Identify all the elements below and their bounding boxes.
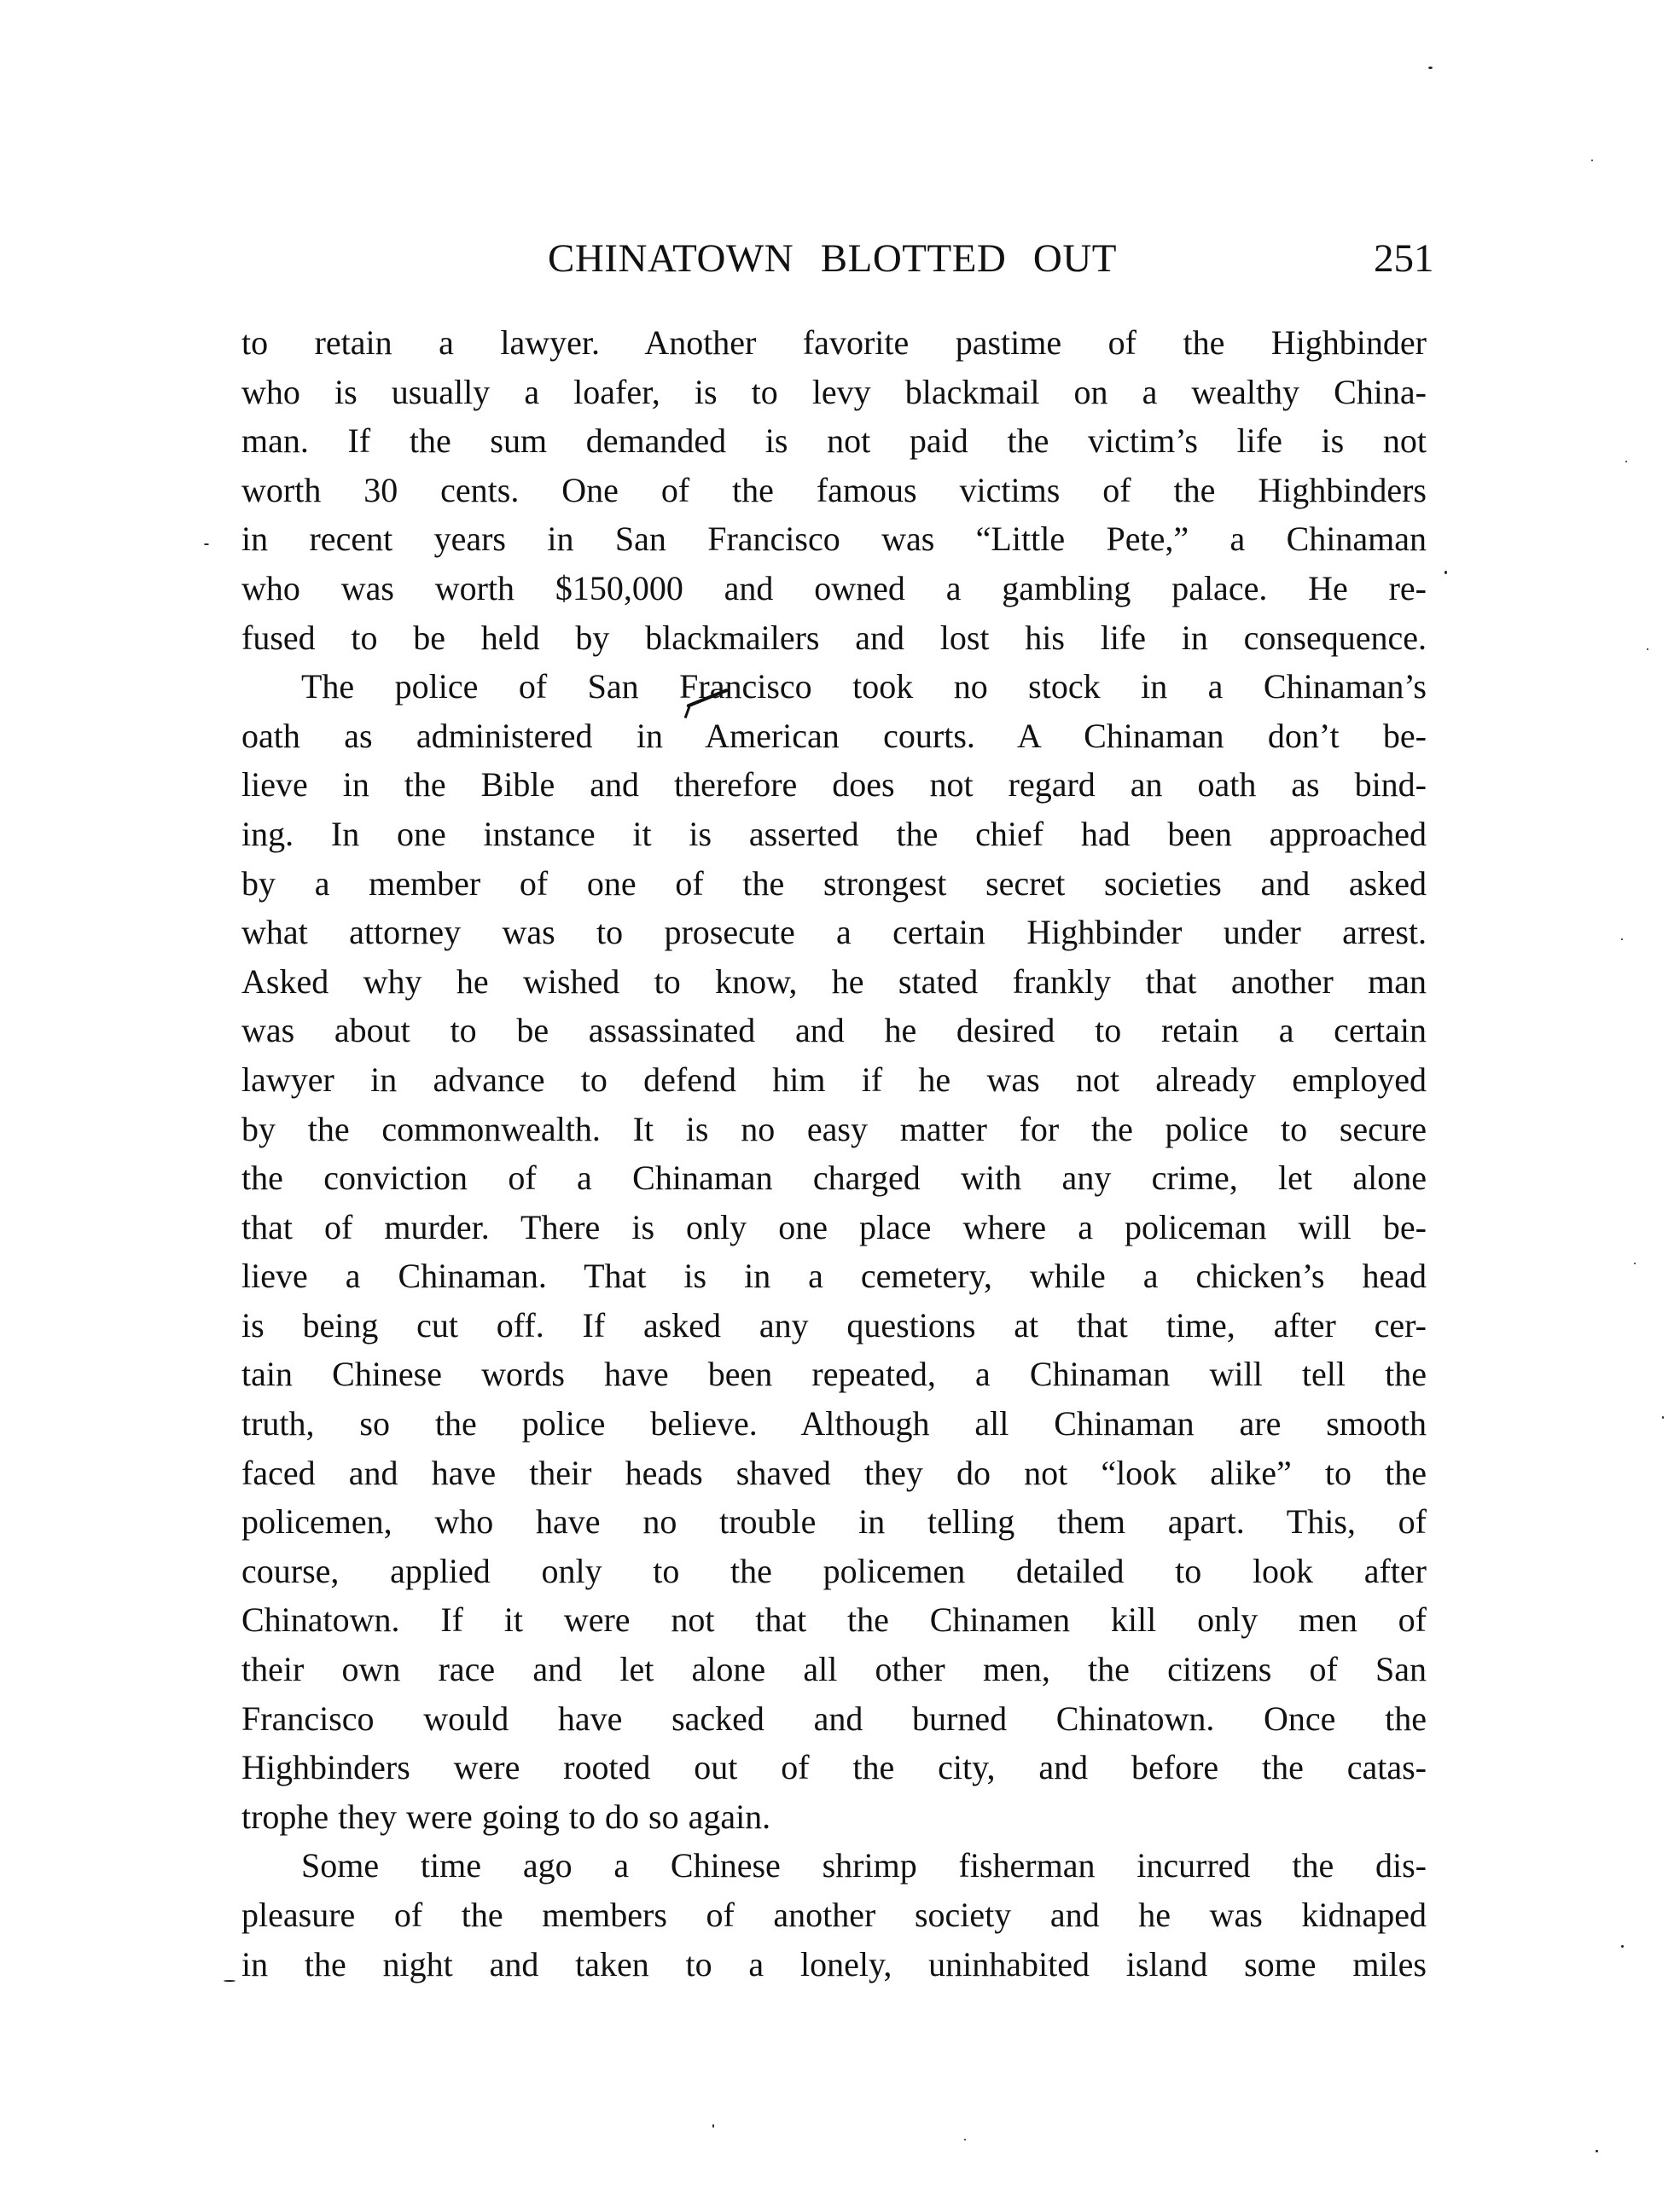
text-line: Francisco would have sacked and burned C… [241, 1694, 1427, 1744]
scan-speck [1634, 1263, 1636, 1264]
text-line: who was worth $150,000 and owned a gambl… [241, 564, 1427, 613]
scan-speck [1591, 160, 1593, 161]
paragraph-start-line: The police of San Francisco took no stoc… [241, 662, 1427, 711]
text-line: man. If the sum demanded is not paid the… [241, 416, 1427, 466]
text-line: oath as administered in American courts.… [241, 711, 1427, 761]
book-page: CHINATOWN BLOTTED OUT 251 to retain a la… [0, 0, 1680, 2207]
text-line: course, applied only to the policemen de… [241, 1547, 1427, 1596]
text-line: lieve in the Bible and therefore does no… [241, 760, 1427, 810]
scan-speck [1625, 461, 1627, 462]
text-line: fused to be held by blackmailers and los… [241, 613, 1427, 663]
scan-speck [224, 1980, 235, 1982]
text-line: Chinatown. If it were not that the China… [241, 1595, 1427, 1645]
scan-speck [1445, 571, 1447, 574]
text-line: lawyer in advance to defend him if he wa… [241, 1055, 1427, 1105]
text-line: their own race and let alone all other m… [241, 1645, 1427, 1694]
paragraph-end-line: trophe they were going to do so again. [241, 1792, 1427, 1842]
text-line: Highbinders were rooted out of the city,… [241, 1743, 1427, 1792]
text-line: to retain a lawyer. Another favorite pas… [241, 318, 1427, 368]
text-line: Asked why he wished to know, he stated f… [241, 957, 1427, 1007]
page-number: 251 [1374, 238, 1416, 279]
scan-speck [1621, 1945, 1624, 1948]
paragraph-start-line: Some time ago a Chinese shrimp fisherman… [241, 1841, 1427, 1890]
text-line: tain Chinese words have been repeated, a… [241, 1350, 1427, 1399]
text-line: worth 30 cents. One of the famous victim… [241, 466, 1427, 515]
scan-speck [204, 543, 209, 545]
scan-speck [1596, 2150, 1598, 2152]
text-line: in recent years in San Francisco was “Li… [241, 514, 1427, 564]
text-line: the conviction of a Chinaman charged wit… [241, 1153, 1427, 1203]
scan-speck [964, 2139, 966, 2140]
scan-speck [1662, 1416, 1664, 1419]
text-line: faced and have their heads shaved they d… [241, 1449, 1427, 1498]
scan-speck [1647, 648, 1648, 650]
text-line: that of murder. There is only one place … [241, 1203, 1427, 1252]
scan-speck [1621, 938, 1623, 940]
text-line: by a member of one of the strongest secr… [241, 859, 1427, 909]
text-line: policemen, who have no trouble in tellin… [241, 1497, 1427, 1547]
body-text: to retain a lawyer. Another favorite pas… [241, 318, 1427, 1989]
text-line: is being cut off. If asked any questions… [241, 1301, 1427, 1350]
text-line: truth, so the police believe. Although a… [241, 1399, 1427, 1449]
text-line: in the night and taken to a lonely, unin… [241, 1940, 1427, 1989]
text-line: who is usually a loafer, is to levy blac… [241, 368, 1427, 417]
text-line: was about to be assassinated and he desi… [241, 1006, 1427, 1055]
running-head-title: CHINATOWN BLOTTED OUT [548, 238, 1117, 279]
text-line: lieve a Chinaman. That is in a cemetery,… [241, 1252, 1427, 1301]
text-line: pleasure of the members of another socie… [241, 1890, 1427, 1940]
scan-speck [712, 2124, 714, 2128]
scan-speck [1428, 67, 1433, 69]
text-line: ing. In one instance it is asserted the … [241, 810, 1427, 859]
text-line: by the commonwealth. It is no easy matte… [241, 1105, 1427, 1154]
text-line: what attorney was to prosecute a certain… [241, 908, 1427, 957]
